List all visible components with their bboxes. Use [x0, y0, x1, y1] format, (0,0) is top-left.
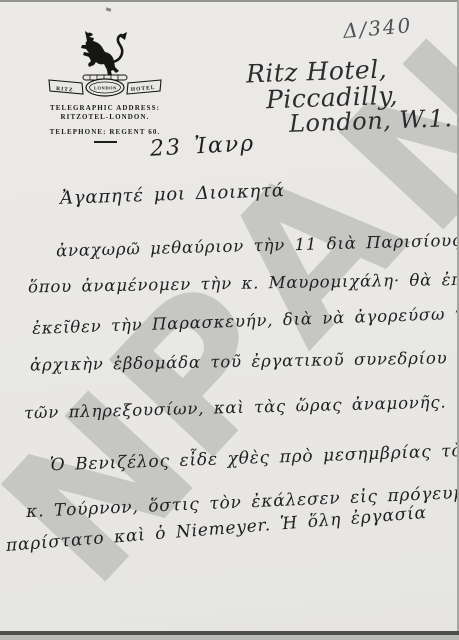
letterhead-contact-block: TELEGRAPHIC ADDRESS: RITZOTEL-LONDON. TE…: [38, 104, 172, 137]
scan-edge-top: [0, 0, 459, 2]
handwritten-date: 23 Ἰανρ: [149, 131, 255, 161]
ritz-crest: RITZ LONDON HOTEL: [45, 28, 165, 100]
telegraphic-address-label: TELEGRAPHIC ADDRESS:: [38, 104, 172, 113]
scan-speck: [106, 7, 112, 11]
crest-banner-center: LONDON: [94, 86, 117, 91]
crest-banner-left: RITZ: [56, 86, 74, 93]
letterhead-address-line: London, W.1.: [289, 104, 453, 138]
scanned-letter-page: Ν Ρ Α Ν RITZ LONDON HOTEL TELEGRAPHIC AD…: [0, 0, 459, 640]
letterhead-underline: [94, 141, 117, 143]
rampant-lion-icon: RITZ LONDON HOTEL: [45, 28, 165, 100]
telegraphic-address-value: RITZOTEL-LONDON.: [38, 113, 172, 122]
scan-edge-bottom-strip: [0, 635, 459, 640]
